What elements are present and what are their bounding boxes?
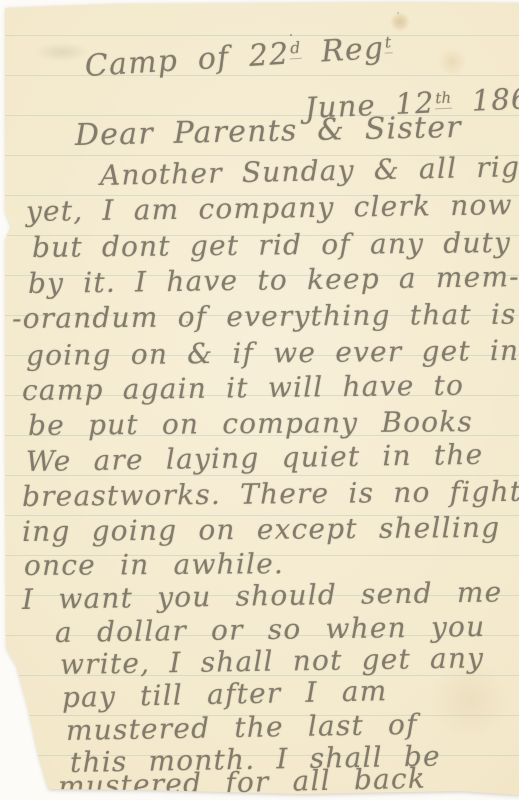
letter-line: once in awhile. — [24, 548, 284, 582]
letter-line: but dont get rid of any duty — [32, 227, 511, 264]
letter-line: camp again it will have to — [22, 370, 464, 408]
letter-line: -orandum of everything that is — [12, 299, 517, 336]
letter-line: be put on company Books — [28, 406, 473, 442]
letter-line: mustered for all back — [58, 763, 427, 800]
letter-line: by it. I have to keep a mem- — [28, 261, 519, 300]
heading-superscript-d: d — [289, 39, 302, 60]
heading-regt-text: Reg — [300, 31, 385, 71]
scanned-letter-page: Camp of 22d Regt June 12th 1864 Dear Par… — [0, 0, 519, 800]
letter-line: breastworks. There is no fight- — [22, 476, 519, 514]
paper-speck — [397, 12, 399, 14]
letter-paper: Camp of 22d Regt June 12th 1864 Dear Par… — [0, 0, 519, 800]
letter-line: write, I shall not get any — [60, 642, 485, 681]
date-year-text: 1864 — [452, 80, 519, 118]
paper-shadow-wrap: Camp of 22d Regt June 12th 1864 Dear Par… — [0, 0, 519, 800]
heading-superscript-t: t — [383, 34, 392, 54]
letter-line: yet, I am company clerk now — [26, 189, 513, 228]
date-superscript-th: th — [434, 88, 453, 109]
letter-line: going on & if we ever get in — [26, 335, 519, 372]
paper-speck — [290, 34, 292, 36]
letter-line: ing going on except shelling — [22, 512, 501, 548]
